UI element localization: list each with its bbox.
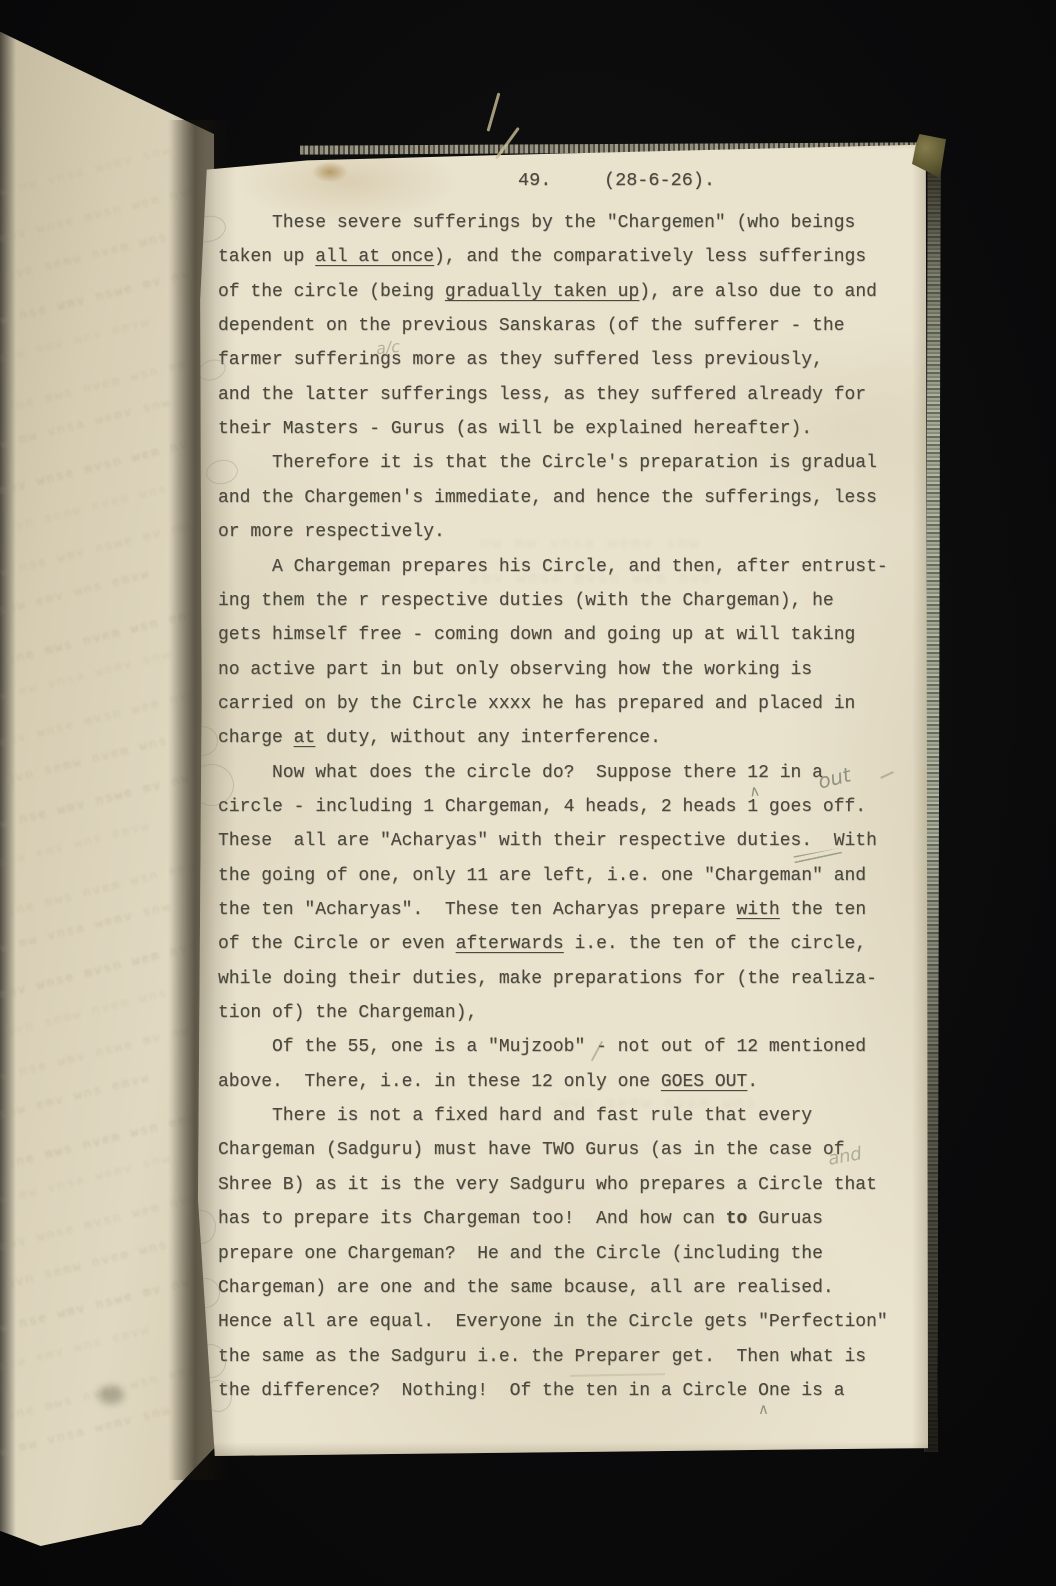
typed-line: the ten "Acharyas". These ten Acharyas p… xyxy=(218,899,866,921)
typed-text-segment: of the Circle or even xyxy=(218,934,456,954)
typed-text-segment: tion of) the Chargeman), xyxy=(218,1003,477,1023)
typed-text-segment: at xyxy=(294,728,316,748)
typed-line: Shree B) as it is the very Sadguru who p… xyxy=(218,1174,877,1196)
typed-text-segment: duty, without any interference. xyxy=(315,728,661,748)
typed-line: prepare one Chargeman? He and the Circle… xyxy=(218,1243,823,1265)
typed-text-segment: afterwards xyxy=(456,934,564,954)
typed-text-segment: above. There, i.e. in these 12 only one xyxy=(218,1072,661,1092)
page-date: (28-6-26). xyxy=(604,170,715,191)
typed-line: Of the 55, one is a "Mujzoob" - not out … xyxy=(218,1036,866,1058)
typed-line: while doing their duties, make preparati… xyxy=(218,968,877,990)
loose-thread xyxy=(495,127,519,159)
typed-text-segment: the ten xyxy=(780,900,866,920)
typed-text-segment: Shree B) as it is the very Sadguru who p… xyxy=(218,1175,877,1195)
handwritten-ac: a/c xyxy=(375,337,401,358)
typed-text-segment: Guruas xyxy=(747,1209,823,1229)
typed-line: or more respectively. xyxy=(218,521,445,543)
typed-text-segment: . xyxy=(747,1072,758,1092)
typed-text-segment: with xyxy=(736,900,779,920)
typed-text-segment: has to prepare its Chargeman too! And ho… xyxy=(218,1209,726,1229)
typed-text-segment: and the latter sufferings less, as they … xyxy=(218,385,866,405)
book-photo: nw mw vnsa wemv snwemv wnse mvsn wem nve… xyxy=(0,0,1056,1586)
typed-text-segment: taken up xyxy=(218,247,315,267)
showthrough-line: wvn semw nvem wns xyxy=(560,1095,757,1113)
typed-line: their Masters - Gurus (as will be explai… xyxy=(218,418,812,440)
pencil-smudge xyxy=(570,1373,665,1377)
typed-text-segment: the same as the Sadguru i.e. the Prepare… xyxy=(218,1347,866,1367)
smudge-dot xyxy=(98,1386,124,1404)
typed-line: tion of) the Chargeman), xyxy=(218,1002,477,1024)
typed-line: Chargeman) are one and the same bcause, … xyxy=(218,1277,834,1299)
typed-text-segment: These all are "Acharyas" with their resp… xyxy=(218,831,877,851)
typed-line: These severe sufferings by the "Chargeme… xyxy=(218,212,855,234)
typed-line: dependent on the previous Sanskaras (of … xyxy=(218,315,845,337)
typed-line: charge at duty, without any interference… xyxy=(218,727,661,749)
typed-text-segment: of the circle (being xyxy=(218,282,445,302)
showthrough-line: nw mw vnsa wemv snw xyxy=(480,535,700,553)
typed-text-segment: Chargeman) are one and the same bcause, … xyxy=(218,1278,834,1298)
typed-line: of the circle (being gradually taken up)… xyxy=(218,281,877,303)
typed-line: Chargeman (Sadguru) must have TWO Gurus … xyxy=(218,1139,845,1161)
caret-mark: ∧ xyxy=(748,781,761,800)
typed-line: Therefore it is that the Circle's prepar… xyxy=(218,452,877,474)
typed-line: no active part in but only observing how… xyxy=(218,659,812,681)
typed-text-segment: the going of one, only 11 are left, i.e.… xyxy=(218,866,866,886)
typed-line: farmer sufferings more as they suffered … xyxy=(218,349,823,371)
typed-text-segment: while doing their duties, make preparati… xyxy=(218,969,877,989)
typed-line: the difference? Nothing! Of the ten in a… xyxy=(218,1380,845,1402)
typed-text-segment: carried on by the Circle xxxx he has pre… xyxy=(218,694,855,714)
caret-mark: ∧ xyxy=(758,1400,769,1418)
typed-text-segment: ), and the comparatively less sufferings xyxy=(434,247,866,267)
page-number: 49. xyxy=(518,170,551,191)
typed-line: gets himself free - coming down and goin… xyxy=(218,624,855,646)
typed-text-segment: the ten "Acharyas". These ten Acharyas p… xyxy=(218,900,736,920)
loose-thread xyxy=(487,92,500,131)
typed-line: the going of one, only 11 are left, i.e.… xyxy=(218,865,866,887)
typed-line: the same as the Sadguru i.e. the Prepare… xyxy=(218,1346,866,1368)
typed-line: ing them the r respective duties (with t… xyxy=(218,590,834,612)
typed-text-segment: gradually taken up xyxy=(445,282,639,302)
typed-line: taken up all at once), and the comparati… xyxy=(218,246,866,268)
typed-text-segment: or more respectively. xyxy=(218,522,445,542)
typed-text-segment: Hence all are equal. Everyone in the Cir… xyxy=(218,1312,888,1332)
typed-text-segment: the difference? Nothing! Of the ten in a… xyxy=(218,1381,845,1401)
typed-text-segment: ), are also due to and xyxy=(639,282,877,302)
typed-text-segment: ing them the r respective duties (with t… xyxy=(218,591,834,611)
typed-line: Hence all are equal. Everyone in the Cir… xyxy=(218,1311,888,1333)
typed-text-segment: Now what does the circle do? Suppose the… xyxy=(218,763,823,783)
typed-line: above. There, i.e. in these 12 only one … xyxy=(218,1071,758,1093)
handwritten-and: and xyxy=(826,1143,863,1170)
typed-text-segment: prepare one Chargeman? He and the Circle… xyxy=(218,1244,823,1264)
typed-text-segment: charge xyxy=(218,728,294,748)
typed-line: has to prepare its Chargeman too! And ho… xyxy=(218,1208,823,1230)
typed-text-segment: no active part in but only observing how… xyxy=(218,660,812,680)
typed-line: These all are "Acharyas" with their resp… xyxy=(218,830,877,852)
typed-text-segment: GOES OUT xyxy=(661,1072,747,1092)
typed-line: carried on by the Circle xxxx he has pre… xyxy=(218,693,855,715)
typed-text-segment: and the Chargemen's immediate, and hence… xyxy=(218,488,877,508)
typed-line: of the Circle or even afterwards i.e. th… xyxy=(218,933,866,955)
typed-line: circle - including 1 Chargeman, 4 heads,… xyxy=(218,796,866,818)
typed-text-segment: their Masters - Gurus (as will be explai… xyxy=(218,419,812,439)
typed-text-segment: to xyxy=(726,1209,748,1229)
typed-line: and the Chargemen's immediate, and hence… xyxy=(218,487,877,509)
typed-text-segment: Of the 55, one is a "Mujzoob" - not out … xyxy=(218,1037,866,1057)
showthrough-line: emv wnse mvsn wem nve xyxy=(470,570,714,588)
pencil-dash xyxy=(880,771,894,779)
typed-text-segment: dependent on the previous Sanskaras (of … xyxy=(218,316,845,336)
typed-text-segment: farmer sufferings more as they suffered … xyxy=(218,350,823,370)
typed-text-segment: Chargeman (Sadguru) must have TWO Gurus … xyxy=(218,1140,845,1160)
typed-text-segment: i.e. the ten of the circle, xyxy=(564,934,866,954)
typed-text-segment: gets himself free - coming down and goin… xyxy=(218,625,855,645)
typed-text-segment: Therefore it is that the Circle's prepar… xyxy=(218,453,877,473)
typed-line: Now what does the circle do? Suppose the… xyxy=(218,762,823,784)
typed-line: and the latter sufferings less, as they … xyxy=(218,384,866,406)
typed-text-segment: These severe sufferings by the "Chargeme… xyxy=(218,213,855,233)
typed-text-segment: all at once xyxy=(315,247,434,267)
document-page: 49. (28-6-26). These severe sufferings b… xyxy=(198,138,928,1456)
typed-text-segment: circle - including 1 Chargeman, 4 heads,… xyxy=(218,797,866,817)
